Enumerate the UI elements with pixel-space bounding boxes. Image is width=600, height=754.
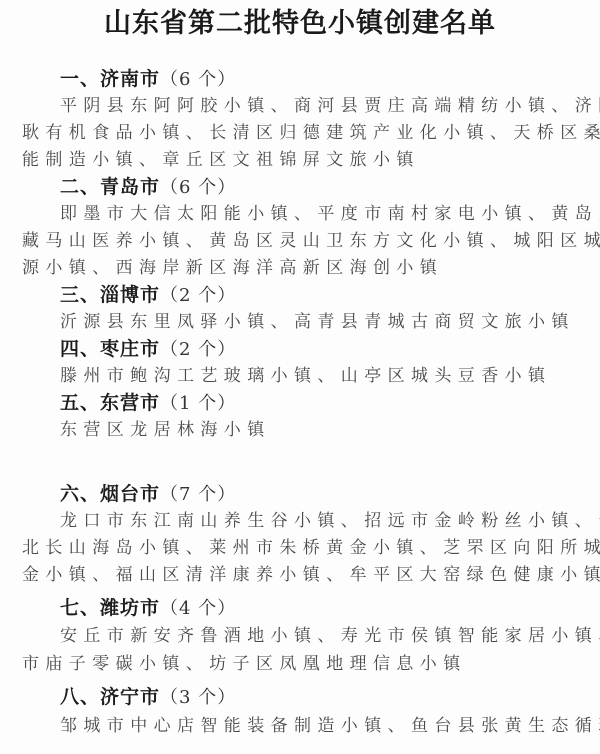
section-text-line: 龙口市东江南山养生谷小镇、招远市金岭粉丝小镇、长岛县 <box>60 508 600 535</box>
section-count: （6 个） <box>160 69 236 90</box>
section-count: （1 个） <box>160 393 236 414</box>
section-text-line: 滕州市鲍沟工艺玻璃小镇、山亭区城头豆香小镇 <box>60 363 551 390</box>
section-count: （7 个） <box>160 484 236 505</box>
section-count: （3 个） <box>160 687 236 708</box>
section-name: 二、青岛市 <box>60 176 160 198</box>
section-heading-dongying: 五、东营市（1 个） <box>60 390 236 417</box>
section-name: 三、淄博市 <box>60 284 160 306</box>
section-text-line: 藏马山医养小镇、黄岛区灵山卫东方文化小镇、城阳区城阳新能 <box>22 228 600 255</box>
section-heading-qingdao: 二、青岛市（6 个） <box>60 174 236 201</box>
section-count: （2 个） <box>160 339 236 360</box>
section-text-line: 市庙子零碳小镇、坊子区凤凰地理信息小镇 <box>22 651 467 678</box>
section-text-line: 即墨市大信太阳能小镇、平度市南村家电小镇、黄岛区藏南 <box>60 201 600 228</box>
section-heading-zaozhuang: 四、枣庄市（2 个） <box>60 336 236 363</box>
section-text-line: 安丘市新安齐鲁酒地小镇、寿光市侯镇智能家居小镇、青州 <box>60 623 600 650</box>
section-count: （4 个） <box>160 598 236 619</box>
section-text-line: 邹城市中心店智能装备制造小镇、鱼台县张黄生态循环小 <box>60 713 600 740</box>
document-page: 山东省第二批特色小镇创建名单 一、济南市（6 个） 平阴县东阿阿胶小镇、商河县贾… <box>0 0 600 754</box>
section-text-line: 金小镇、福山区清洋康养小镇、牟平区大窑绿色健康小镇 <box>22 562 600 589</box>
section-count: （2 个） <box>160 285 236 306</box>
section-heading-yantai: 六、烟台市（7 个） <box>60 481 236 508</box>
document-title: 山东省第二批特色小镇创建名单 <box>0 4 600 44</box>
section-text-line: 源小镇、西海岸新区海洋高新区海创小镇 <box>22 255 443 282</box>
section-text-line: 沂源县东里凤驿小镇、高青县青城古商贸文旅小镇 <box>60 309 575 336</box>
section-text-line: 耿有机食品小镇、长清区归德建筑产业化小镇、天桥区桑梓店智 <box>22 120 600 147</box>
section-name: 八、济宁市 <box>60 686 160 708</box>
section-name: 六、烟台市 <box>60 483 160 505</box>
section-text-line: 东营区龙居林海小镇 <box>60 417 271 444</box>
section-heading-weifang: 七、潍坊市（4 个） <box>60 595 236 622</box>
section-text-line: 能制造小镇、章丘区文祖锦屏文旅小镇 <box>22 147 420 174</box>
section-name: 七、潍坊市 <box>60 597 160 619</box>
section-text-line: 平阴县东阿阿胶小镇、商河县贾庄高端精纺小镇、济阳县孙 <box>60 93 600 120</box>
section-name: 五、东营市 <box>60 392 160 414</box>
section-text-line: 北长山海岛小镇、莱州市朱桥黄金小镇、芝罘区向阳所城广仁基 <box>22 535 600 562</box>
section-name: 四、枣庄市 <box>60 338 160 360</box>
section-heading-zibo: 三、淄博市（2 个） <box>60 282 236 309</box>
section-name: 一、济南市 <box>60 68 160 90</box>
section-heading-jinan: 一、济南市（6 个） <box>60 66 236 93</box>
section-heading-jining: 八、济宁市（3 个） <box>60 684 236 711</box>
section-count: （6 个） <box>160 177 236 198</box>
